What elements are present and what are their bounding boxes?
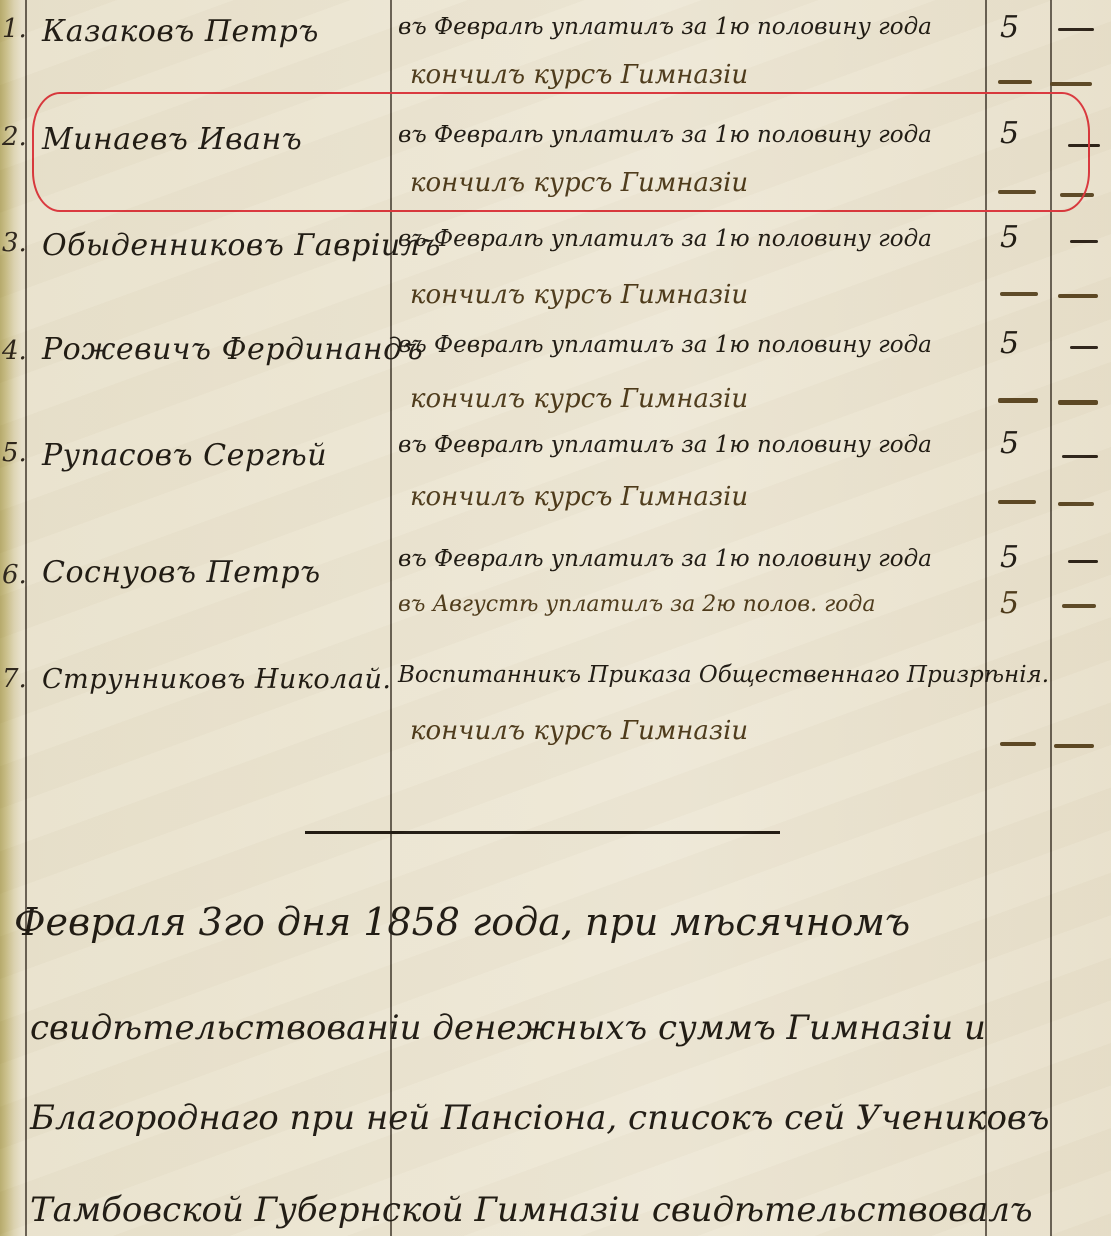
row-number: 6. (2, 560, 27, 590)
paragraph-line: Благороднаго при ней Пансіона, списокъ с… (30, 1098, 1049, 1138)
dash-mark (1058, 28, 1094, 31)
dash-mark (1000, 292, 1038, 296)
dash-mark (998, 80, 1032, 84)
ledger-page: 1. Казаковъ Петръ въ Февралѣ уплатилъ за… (0, 0, 1111, 1236)
dash-mark (1058, 294, 1098, 298)
dash-mark (1062, 604, 1096, 608)
dash-mark (1000, 742, 1036, 746)
status-note: кончилъ курсъ Гимназіи (410, 482, 748, 512)
student-name: Обыденниковъ Гавріилъ (42, 228, 441, 263)
ward-note: Воспитанникъ Приказа Общественнаго Призр… (398, 662, 1049, 688)
student-name: Струнниковъ Николай. (42, 664, 391, 695)
status-note: кончилъ курсъ Гимназіи (410, 280, 748, 310)
student-name: Соснуовъ Петръ (42, 555, 321, 590)
payment-note: въ Февралѣ уплатилъ за 1ю половину года (398, 14, 932, 40)
payment-note: въ Февралѣ уплатилъ за 1ю половину года (398, 432, 932, 458)
status-note: кончилъ курсъ Гимназіи (410, 716, 748, 746)
row-number: 7. (2, 664, 27, 694)
dash-mark (1070, 240, 1098, 243)
status-note: кончилъ курсъ Гимназіи (410, 60, 748, 90)
paragraph-line: Февраля 3го дня 1858 года, при мѣсячномъ (14, 900, 910, 944)
student-name: Рупасовъ Сергѣй (42, 438, 327, 473)
student-name: Рожевичъ Фердинандъ (42, 332, 423, 367)
amount: 5 (1000, 326, 1019, 361)
dash-mark (1062, 455, 1098, 458)
dash-mark (1058, 502, 1094, 506)
paragraph-line: Тамбовской Губернской Гимназіи свидѣтель… (30, 1190, 1033, 1230)
dash-mark (1050, 82, 1092, 86)
row-number: 4. (2, 336, 27, 366)
status-note: кончилъ курсъ Гимназіи (410, 384, 748, 414)
payment-note: въ Августѣ уплатилъ за 2ю полов. года (398, 592, 876, 617)
row-number: 3. (2, 228, 27, 258)
section-divider (305, 831, 780, 834)
dash-mark (998, 398, 1038, 403)
row-number: 1. (2, 14, 27, 44)
payment-note: въ Февралѣ уплатилъ за 1ю половину года (398, 226, 932, 252)
payment-note: въ Февралѣ уплатилъ за 1ю половину года (398, 546, 932, 572)
amount: 5 (1000, 586, 1019, 621)
highlight-box (32, 92, 1090, 212)
paragraph-line: свидѣтельствованіи денежныхъ суммъ Гимна… (30, 1008, 986, 1048)
student-name: Казаковъ Петръ (42, 14, 319, 49)
dash-mark (1068, 560, 1098, 563)
amount: 5 (1000, 10, 1019, 45)
margin-rule (25, 0, 27, 1236)
row-number: 5. (2, 438, 27, 468)
amount: 5 (1000, 220, 1019, 255)
row-number: 2. (2, 122, 27, 152)
dash-mark (1070, 346, 1098, 349)
amount: 5 (1000, 426, 1019, 461)
payment-note: въ Февралѣ уплатилъ за 1ю половину года (398, 332, 932, 358)
dash-mark (998, 500, 1036, 504)
dash-mark (1054, 744, 1094, 748)
dash-mark (1058, 400, 1098, 405)
amount: 5 (1000, 540, 1019, 575)
